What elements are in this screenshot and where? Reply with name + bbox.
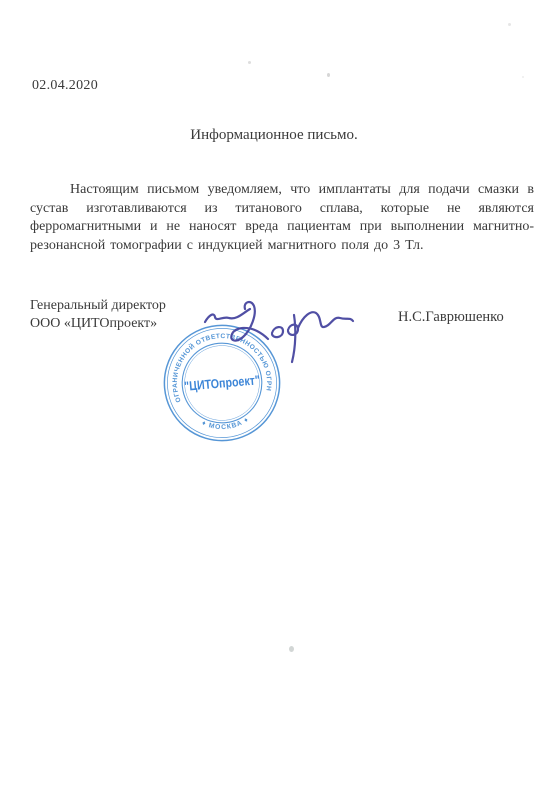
- letter-body-paragraph: Настоящим письмом уведомляем, что имплан…: [30, 181, 534, 255]
- signatory-role-line2: ООО «ЦИТОпроект»: [30, 315, 166, 333]
- scanned-letter-page: 02.04.2020 Информационное письмо. Настоя…: [0, 0, 556, 786]
- signatory-role: Генеральный директор ООО «ЦИТОпроект»: [30, 297, 166, 332]
- scan-speck: [327, 73, 330, 77]
- signature-stroke: [298, 312, 353, 328]
- scan-speck: [289, 646, 294, 652]
- scan-speck: [508, 23, 511, 26]
- stamp-city-text: ♦ МОСКВА ♦: [200, 416, 251, 433]
- signatory-name: Н.С.Гаврюшенко: [398, 309, 504, 326]
- signature-stroke: [272, 327, 283, 337]
- svg-text:♦ МОСКВА ♦: ♦ МОСКВА ♦: [200, 416, 251, 433]
- signature-stroke: [205, 309, 250, 322]
- signature-stroke: [231, 302, 268, 341]
- signatory-role-line1: Генеральный директор: [30, 297, 166, 315]
- scan-speck: [522, 76, 524, 78]
- letter-title: Информационное письмо.: [0, 127, 548, 144]
- scan-speck: [248, 61, 251, 64]
- letter-date: 02.04.2020: [32, 78, 98, 94]
- handwritten-signature: [193, 296, 363, 378]
- signature-stroke: [292, 315, 295, 362]
